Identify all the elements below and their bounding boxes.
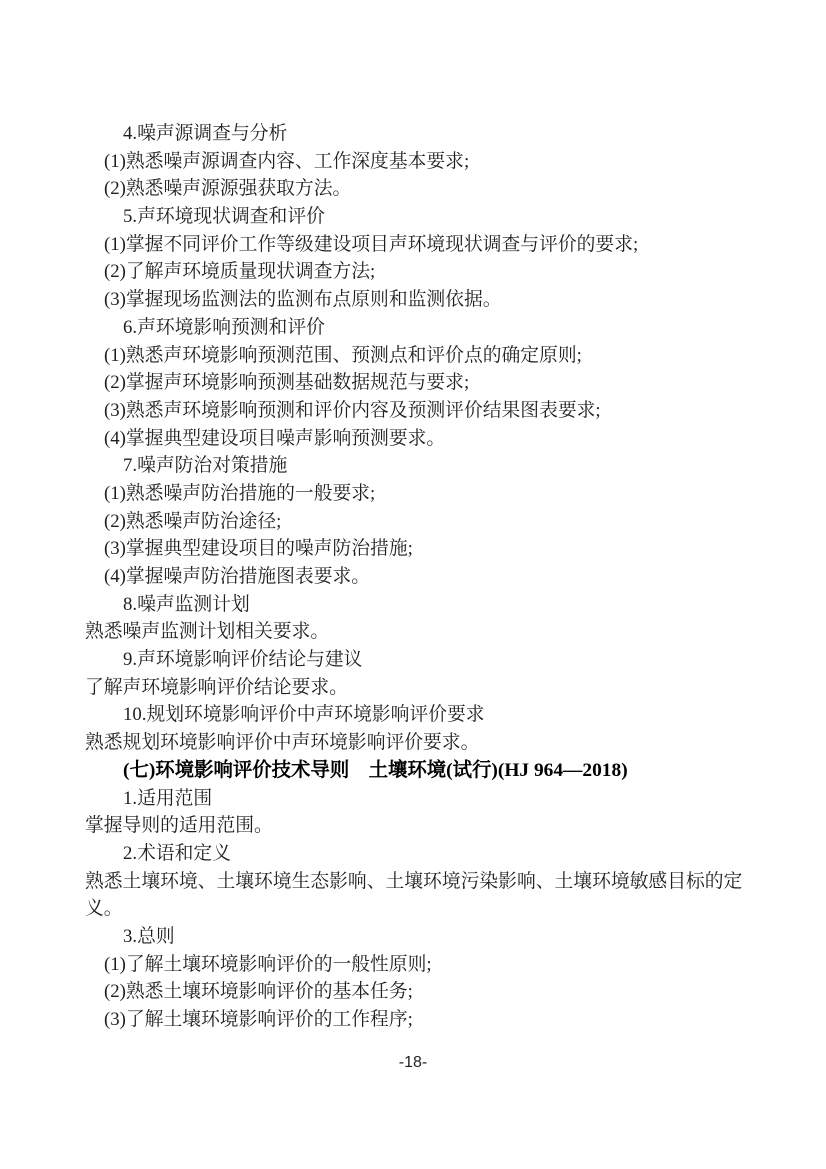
doc-line: (3)熟悉声环境影响预测和评价内容及预测评价结果图表要求; bbox=[85, 397, 755, 425]
doc-line: 8.噪声监测计划 bbox=[85, 591, 755, 619]
doc-line: (3)掌握典型建设项目的噪声防治措施; bbox=[85, 535, 755, 563]
doc-line: (2)熟悉土壤环境影响评价的基本任务; bbox=[85, 978, 755, 1006]
doc-line: (2)了解声环境质量现状调查方法; bbox=[85, 258, 755, 286]
doc-line: 熟悉土壤环境、土壤环境生态影响、土壤环境污染影响、土壤环境敏感目标的定 bbox=[85, 868, 755, 896]
doc-line: 7.噪声防治对策措施 bbox=[85, 452, 755, 480]
doc-line: 2.术语和定义 bbox=[85, 840, 755, 868]
doc-line: 5.声环境现状调查和评价 bbox=[85, 203, 755, 231]
doc-line: 掌握导则的适用范围。 bbox=[85, 812, 755, 840]
doc-line: (1)熟悉噪声防治措施的一般要求; bbox=[85, 480, 755, 508]
doc-line: (2)熟悉噪声防治途径; bbox=[85, 508, 755, 536]
doc-line: (2)熟悉噪声源源强获取方法。 bbox=[85, 175, 755, 203]
document-page: 4.噪声源调查与分析 (1)熟悉噪声源调查内容、工作深度基本要求; (2)熟悉噪… bbox=[0, 0, 826, 1169]
document-body: 4.噪声源调查与分析 (1)熟悉噪声源调查内容、工作深度基本要求; (2)熟悉噪… bbox=[85, 120, 755, 1034]
doc-line: 熟悉规划环境影响评价中声环境影响评价要求。 bbox=[85, 729, 755, 757]
doc-line: (3)掌握现场监测法的监测布点原则和监测依据。 bbox=[85, 286, 755, 314]
doc-line: 了解声环境影响评价结论要求。 bbox=[85, 674, 755, 702]
doc-line: (1)了解土壤环境影响评价的一般性原则; bbox=[85, 951, 755, 979]
doc-line: 6.声环境影响预测和评价 bbox=[85, 314, 755, 342]
doc-line: 9.声环境影响评价结论与建议 bbox=[85, 646, 755, 674]
doc-line: 1.适用范围 bbox=[85, 785, 755, 813]
doc-line: (1)熟悉声环境影响预测范围、预测点和评价点的确定原则; bbox=[85, 342, 755, 370]
doc-line: (1)熟悉噪声源调查内容、工作深度基本要求; bbox=[85, 148, 755, 176]
doc-line: (1)掌握不同评价工作等级建设项目声环境现状调查与评价的要求; bbox=[85, 231, 755, 259]
doc-line: (4)掌握噪声防治措施图表要求。 bbox=[85, 563, 755, 591]
doc-line: 4.噪声源调查与分析 bbox=[85, 120, 755, 148]
page-number: -18- bbox=[0, 1054, 826, 1072]
doc-line: 3.总则 bbox=[85, 923, 755, 951]
section-heading: (七)环境影响评价技术导则 土壤环境(试行)(HJ 964—2018) bbox=[85, 757, 755, 785]
doc-line: 义。 bbox=[85, 895, 755, 923]
doc-line: (3)了解土壤环境影响评价的工作程序; bbox=[85, 1006, 755, 1034]
doc-line: (4)掌握典型建设项目噪声影响预测要求。 bbox=[85, 425, 755, 453]
doc-line: 熟悉噪声监测计划相关要求。 bbox=[85, 618, 755, 646]
doc-line: (2)掌握声环境影响预测基础数据规范与要求; bbox=[85, 369, 755, 397]
doc-line: 10.规划环境影响评价中声环境影响评价要求 bbox=[85, 701, 755, 729]
